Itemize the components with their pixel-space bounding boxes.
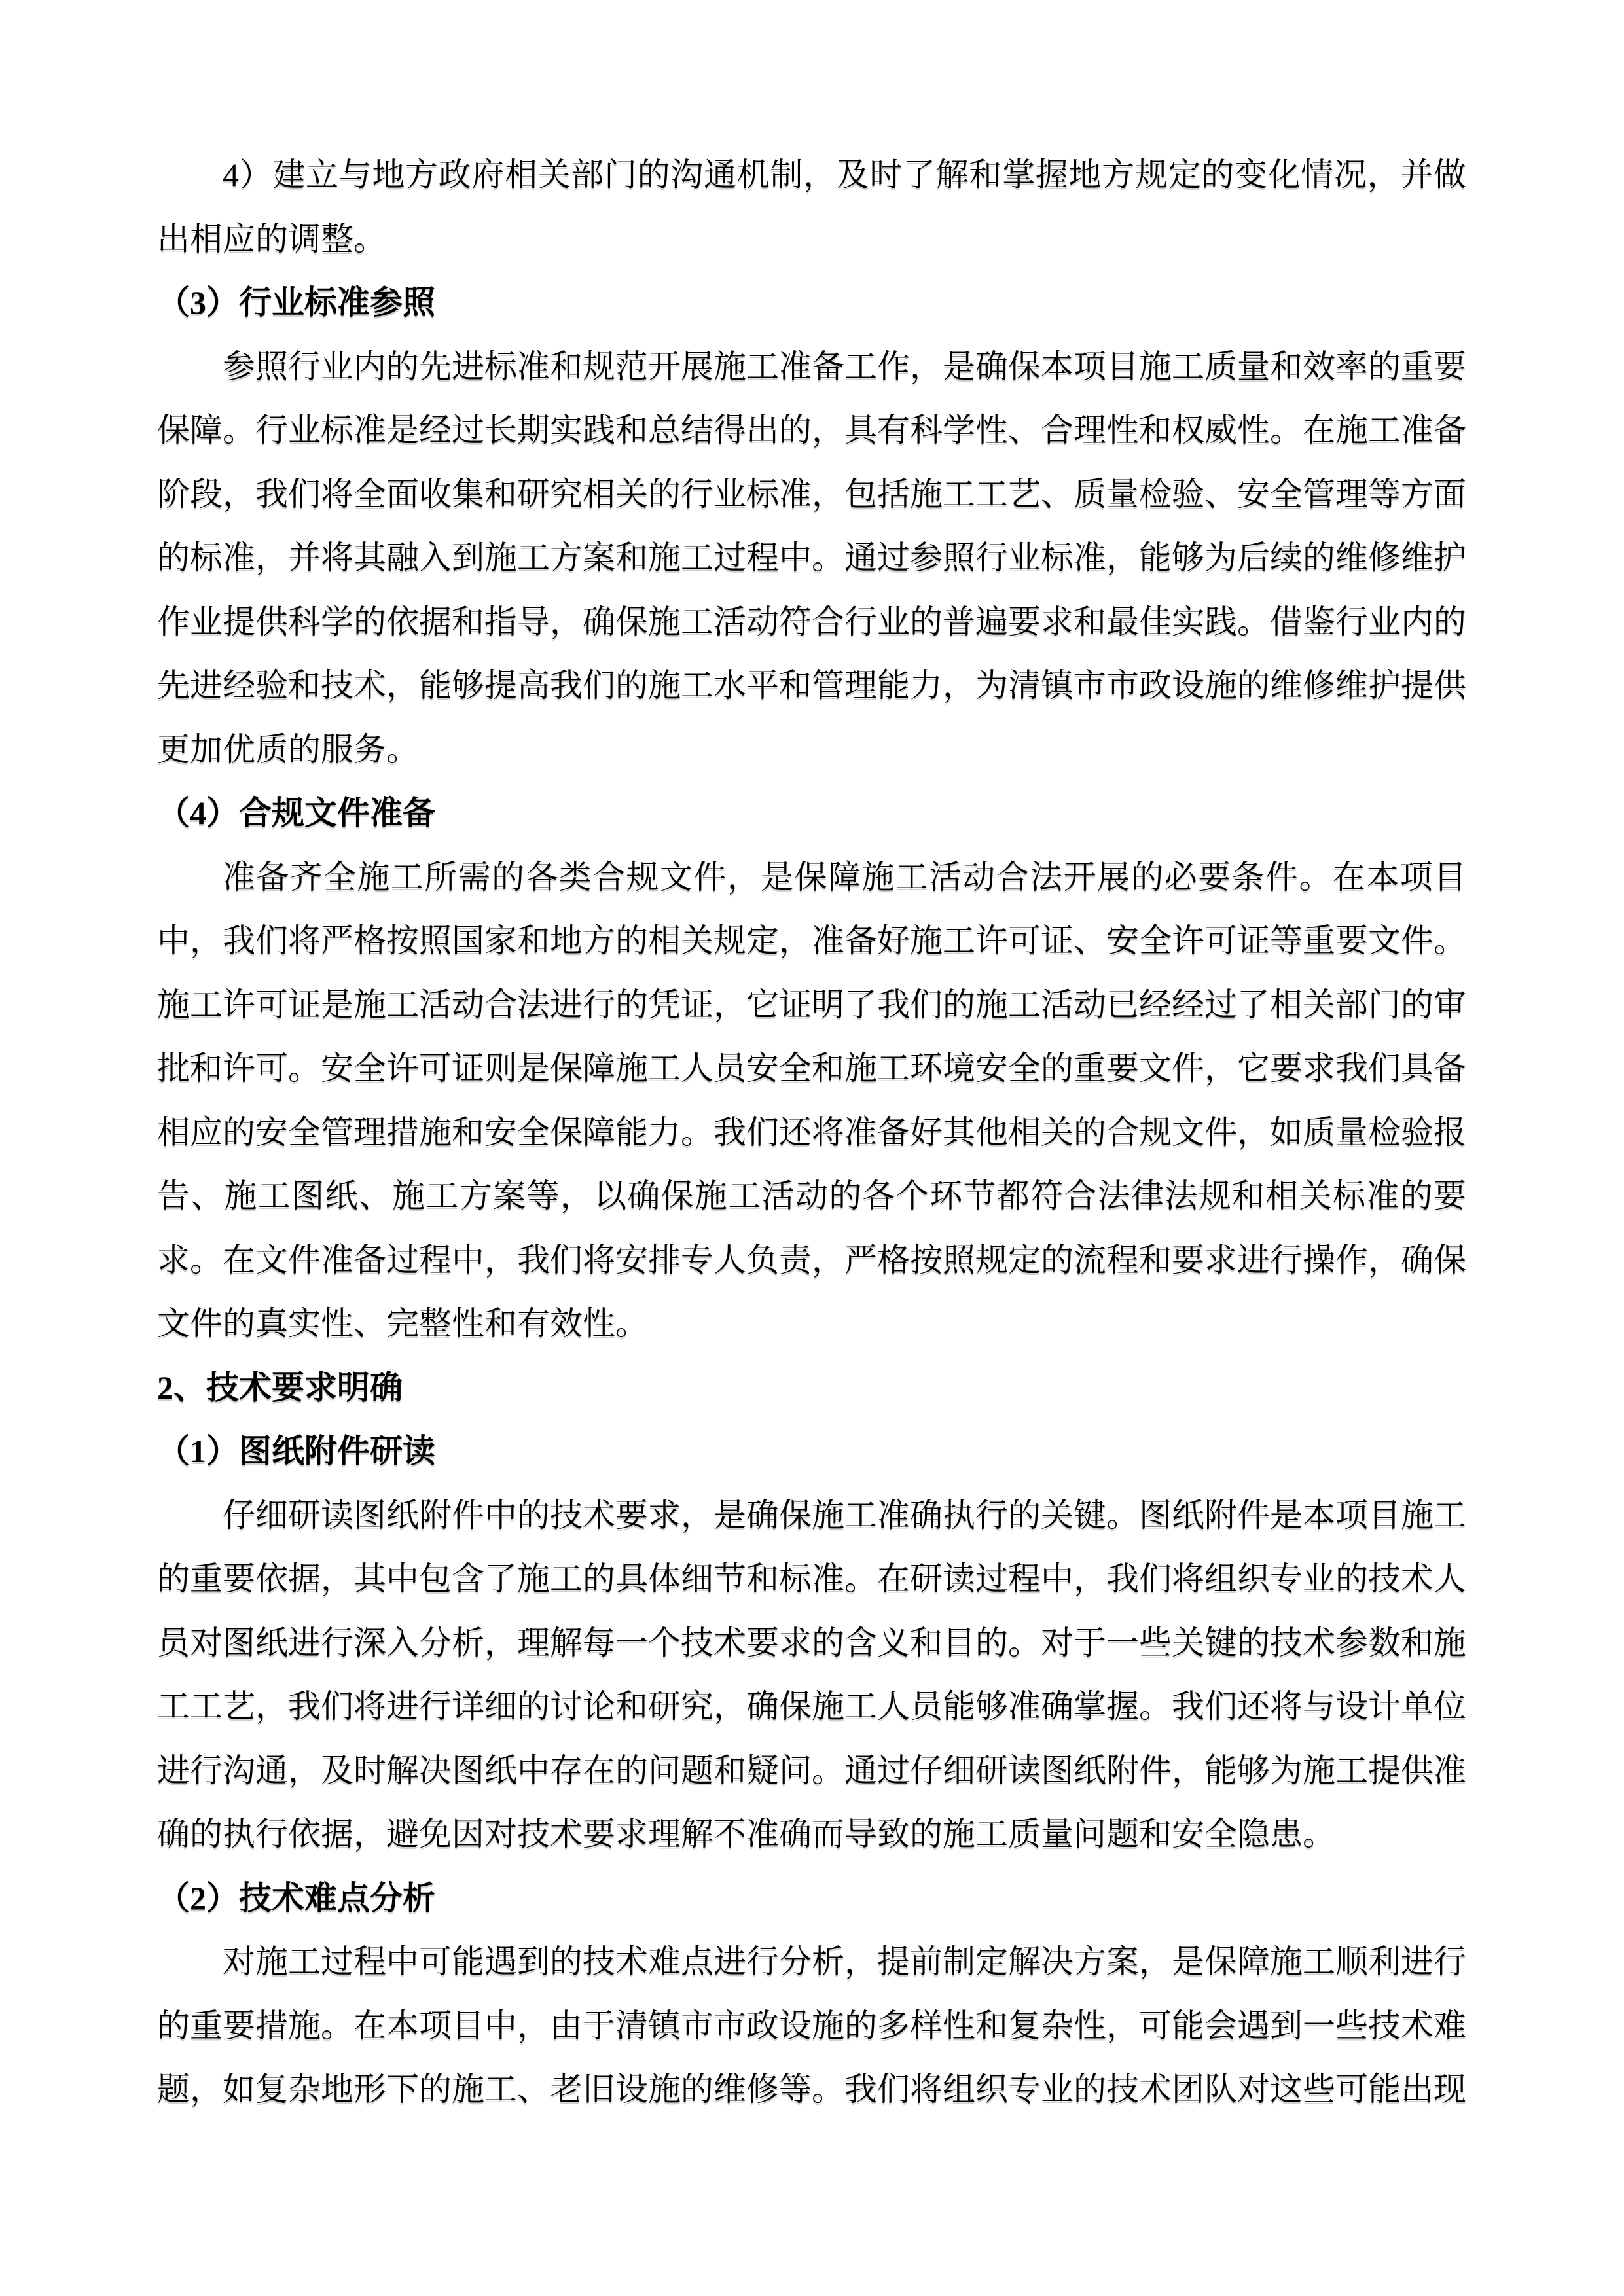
body-paragraph: 仔细研读图纸附件中的技术要求，是确保施工准确执行的关键。图纸附件是本项目施工的重… [157,1484,1466,1867]
section-heading: （3）行业标准参照 [157,271,1466,335]
section-heading: （2）技术难点分析 [157,1867,1466,1931]
section-heading: 2、技术要求明确 [157,1356,1466,1420]
page-content: 4）建立与地方政府相关部门的沟通机制，及时了解和掌握地方规定的变化情况，并做出相… [157,143,1466,2122]
section-heading: （4）合规文件准备 [157,781,1466,846]
body-paragraph: 参照行业内的先进标准和规范开展施工准备工作，是确保本项目施工质量和效率的重要保障… [157,335,1466,782]
document-page: 4）建立与地方政府相关部门的沟通机制，及时了解和掌握地方规定的变化情况，并做出相… [0,0,1624,2296]
body-paragraph: 对施工过程中可能遇到的技术难点进行分析，提前制定解决方案，是保障施工顺利进行的重… [157,1930,1466,2122]
body-paragraph: 准备齐全施工所需的各类合规文件，是保障施工活动合法开展的必要条件。在本项目中，我… [157,846,1466,1356]
body-paragraph: 4）建立与地方政府相关部门的沟通机制，及时了解和掌握地方规定的变化情况，并做出相… [157,143,1466,271]
section-heading: （1）图纸附件研读 [157,1420,1466,1484]
